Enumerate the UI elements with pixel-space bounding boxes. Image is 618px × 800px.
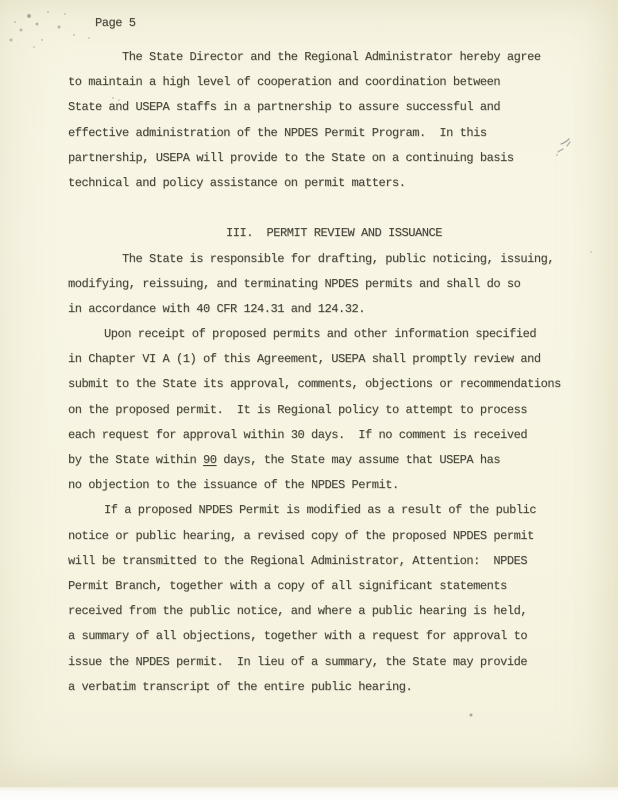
text-line: effective administration of the NPDES Pe…: [68, 121, 568, 146]
paragraph: If a proposed NPDES Permit is modified a…: [68, 498, 568, 700]
text-line: a verbatim transcript of the entire publ…: [68, 675, 568, 700]
text-line: The State Director and the Regional Admi…: [68, 45, 568, 70]
pencil-speckles: [0, 0, 2, 2]
text-line: by the State within 90 days, the State m…: [68, 448, 568, 473]
text-line: no objection to the issuance of the NPDE…: [68, 473, 568, 498]
paragraph: The State Director and the Regional Admi…: [68, 45, 568, 196]
text-line: in accordance with 40 CFR 124.31 and 124…: [68, 297, 568, 322]
document-body: The State Director and the Regional Admi…: [68, 45, 568, 700]
text-line: to maintain a high level of cooperation …: [68, 70, 568, 95]
paragraph: Upon receipt of proposed permits and oth…: [68, 322, 568, 498]
text-line: modifying, reissuing, and terminating NP…: [68, 272, 568, 297]
text-line: Permit Branch, together with a copy of a…: [68, 574, 568, 599]
text-line: Upon receipt of proposed permits and oth…: [68, 322, 568, 347]
text-line: in Chapter VI A (1) of this Agreement, U…: [68, 347, 568, 372]
text-line: each request for approval within 30 days…: [68, 423, 568, 448]
text-line: submit to the State its approval, commen…: [68, 372, 568, 397]
blank-line: [68, 196, 568, 221]
text-line: technical and policy assistance on permi…: [68, 171, 568, 196]
paragraph: The State is responsible for drafting, p…: [68, 247, 568, 323]
scanned-page: Page 5 The State Director and the Region…: [0, 0, 618, 787]
text-line: If a proposed NPDES Permit is modified a…: [68, 498, 568, 523]
text-line: on the proposed permit. It is Regional p…: [68, 398, 568, 423]
scan-bottom-edge: [0, 787, 618, 800]
text-line: notice or public hearing, a revised copy…: [68, 524, 568, 549]
text-line: a summary of all objections, together wi…: [68, 624, 568, 649]
text-line: issue the NPDES permit. In lieu of a sum…: [68, 650, 568, 675]
text-line: partnership, USEPA will provide to the S…: [68, 146, 568, 171]
section-heading: III. PERMIT REVIEW AND ISSUANCE: [68, 221, 568, 246]
text-line: State and USEPA staffs in a partnership …: [68, 95, 568, 120]
text-line: The State is responsible for drafting, p…: [68, 247, 568, 272]
text-line: received from the public notice, and whe…: [68, 599, 568, 624]
text-line: will be transmitted to the Regional Admi…: [68, 549, 568, 574]
page-number: Page 5: [95, 16, 136, 30]
